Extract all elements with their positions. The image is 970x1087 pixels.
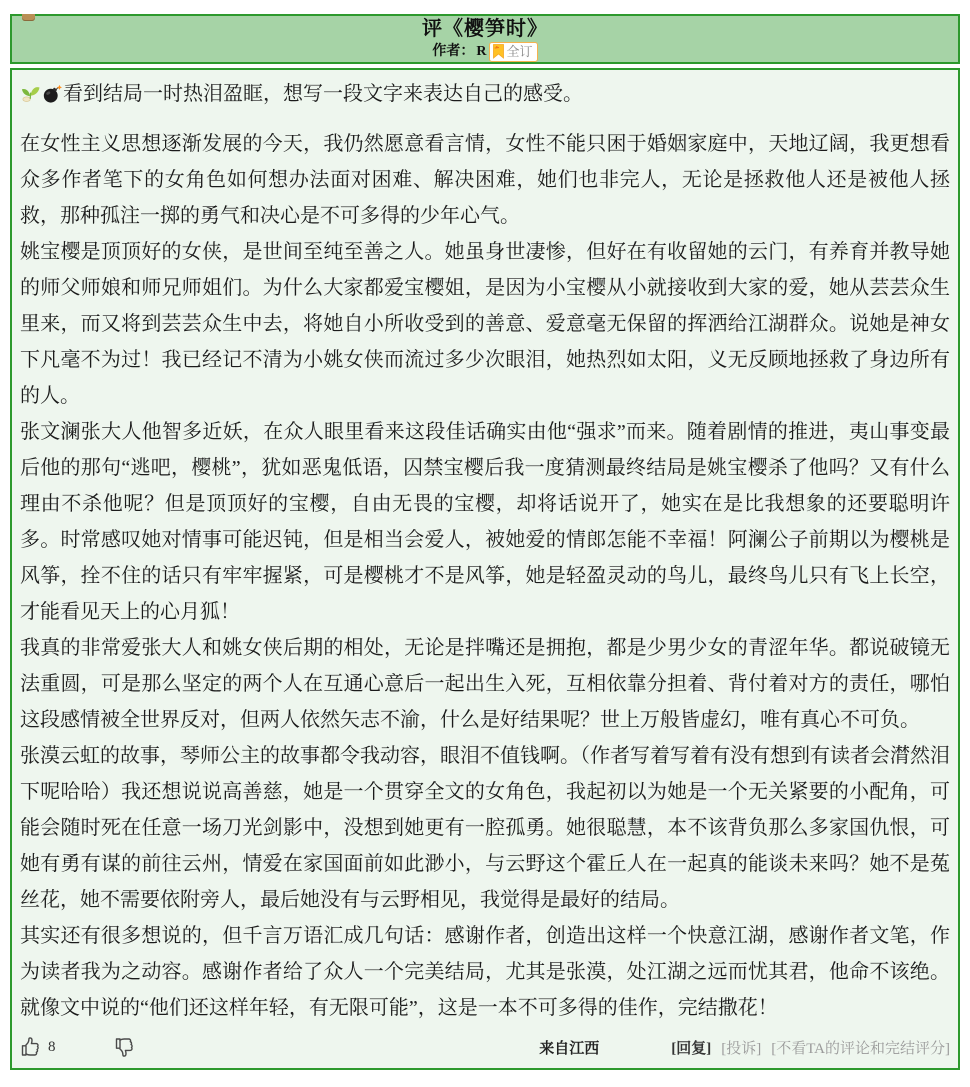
author-line: 作者：R 全订 xyxy=(12,42,958,62)
review-paragraph: 我真的非常爱张大人和姚女侠后期的相处，无论是拌嘴还是拥抱，都是少男少女的青涩年华… xyxy=(20,630,950,738)
like-count: 8 xyxy=(48,1039,56,1056)
review-paragraph: 姚宝樱是顶顶好的女侠，是世间至纯至善之人。她虽身世凄惨，但好在有收留她的云门，有… xyxy=(20,234,950,414)
badge-label: 全订 xyxy=(507,42,533,62)
review-paragraph: 张文澜张大人他智多近妖，在众人眼里看来这段佳话确实由他“强求”而来。随着剧情的推… xyxy=(20,414,950,630)
thumbs-down-icon xyxy=(114,1036,136,1058)
page-title: 评《樱笋时》 xyxy=(12,17,958,41)
paragraph-text: 看到结局一时热泪盈眶，想写一段文字来表达自己的感受。 xyxy=(63,83,583,105)
full-subscription-badge[interactable]: 全订 xyxy=(489,42,538,62)
review-text: 看到结局一时热泪盈眶，想写一段文字来表达自己的感受。 在女性主义思想逐渐发展的今… xyxy=(20,76,950,1026)
bookmark-icon xyxy=(492,44,505,59)
author-name[interactable]: R xyxy=(476,42,486,62)
review-footer: 8 来自江西 [回复] [投诉] [不看TA的评论和完结评分] xyxy=(20,1026,950,1058)
bomb-emoji xyxy=(42,80,62,116)
seedling-emoji xyxy=(20,80,41,116)
review-paragraph: 张漠云虹的故事，琴师公主的故事都令我动容，眼泪不值钱啊。（作者写着写着有没有想到… xyxy=(20,738,950,918)
review-paragraph: 其实还有很多想说的，但千言万语汇成几句话：感谢作者，创造出这样一个快意江湖，感谢… xyxy=(20,918,950,1026)
author-label: 作者： xyxy=(432,42,474,62)
report-link[interactable]: [投诉] xyxy=(721,1037,761,1058)
thumbs-up-button[interactable]: 8 xyxy=(20,1036,56,1058)
cropped-toolbar-icon xyxy=(22,14,35,21)
footer-meta: 来自江西 [回复] [投诉] [不看TA的评论和完结评分] xyxy=(539,1037,950,1058)
review-body: 看到结局一时热泪盈眶，想写一段文字来表达自己的感受。 在女性主义思想逐渐发展的今… xyxy=(10,68,960,1070)
thumbs-up-icon xyxy=(20,1036,42,1058)
review-header: 评《樱笋时》 作者：R 全订 xyxy=(10,14,960,64)
review-paragraph: 看到结局一时热泪盈眶，想写一段文字来表达自己的感受。 xyxy=(20,76,950,116)
review-paragraph: 在女性主义思想逐渐发展的今天，我仍然愿意看言情，女性不能只困于婚姻家庭中，天地辽… xyxy=(20,126,950,234)
vote-group: 8 xyxy=(20,1036,136,1058)
thumbs-down-button[interactable] xyxy=(114,1036,136,1058)
hide-user-comments-link[interactable]: [不看TA的评论和完结评分] xyxy=(771,1037,950,1058)
location-label: 来自江西 xyxy=(539,1037,599,1058)
reply-link[interactable]: [回复] xyxy=(671,1037,711,1058)
